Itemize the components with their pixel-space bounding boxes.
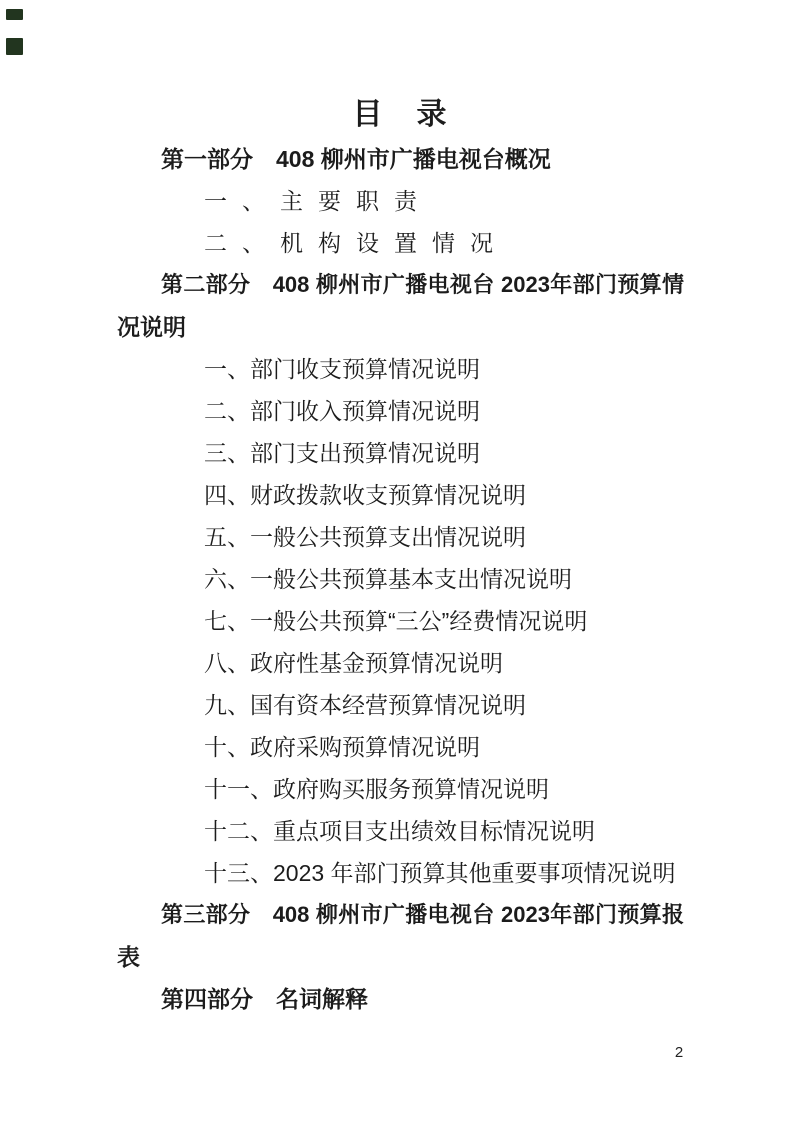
toc-item: 八、政府性基金预算情况说明 bbox=[117, 642, 684, 684]
scan-artifact-mark-top bbox=[6, 9, 23, 20]
toc-section-part2-continued: 况说明 bbox=[117, 306, 684, 348]
toc-item: 五、一般公共预算支出情况说明 bbox=[117, 516, 684, 558]
page-number: 2 bbox=[668, 1042, 690, 1064]
toc-item: 二、部门收入预算情况说明 bbox=[117, 390, 684, 432]
document-page: 目 录 第一部分 408 柳州市广播电视台概况 一、主要职责 二、机构设置情况 … bbox=[0, 0, 800, 1132]
toc-item: 九、国有资本经营预算情况说明 bbox=[117, 684, 684, 726]
toc-item: 十二、重点项目支出绩效目标情况说明 bbox=[117, 810, 684, 852]
scan-artifact-mark-bottom bbox=[6, 38, 23, 55]
toc-item: 一、部门收支预算情况说明 bbox=[117, 348, 684, 390]
toc-item: 一、主要职责 bbox=[117, 180, 684, 222]
toc-item: 十、政府采购预算情况说明 bbox=[117, 726, 684, 768]
toc-item: 二、机构设置情况 bbox=[117, 222, 684, 264]
toc-item: 十一、政府购买服务预算情况说明 bbox=[117, 768, 684, 810]
toc-item: 四、财政拨款收支预算情况说明 bbox=[117, 474, 684, 516]
toc-section-part4: 第四部分 名词解释 bbox=[117, 978, 684, 1020]
toc-item: 六、一般公共预算基本支出情况说明 bbox=[117, 558, 684, 600]
toc-section-part3-continued: 表 bbox=[117, 936, 684, 978]
toc-section-part1: 第一部分 408 柳州市广播电视台概况 bbox=[117, 138, 684, 180]
toc-section-part3: 第三部分 408 柳州市广播电视台 2023年部门预算报 bbox=[117, 894, 684, 936]
toc-item: 七、一般公共预算“三公”经费情况说明 bbox=[117, 600, 684, 642]
toc-item: 三、部门支出预算情况说明 bbox=[117, 432, 684, 474]
toc-section-part2: 第二部分 408 柳州市广播电视台 2023年部门预算情 bbox=[117, 264, 684, 306]
toc-title: 目 录 bbox=[117, 76, 684, 138]
toc-item: 十三、2023 年部门预算其他重要事项情况说明 bbox=[117, 852, 684, 894]
toc-body: 目 录 第一部分 408 柳州市广播电视台概况 一、主要职责 二、机构设置情况 … bbox=[117, 76, 684, 1020]
